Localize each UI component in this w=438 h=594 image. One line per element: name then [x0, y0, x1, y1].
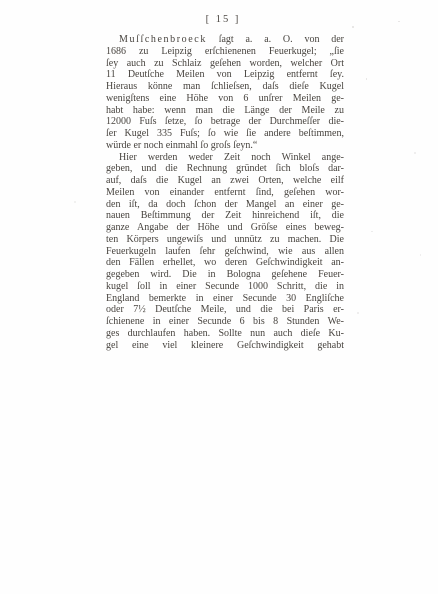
text-line: den Fällen erhellet, wo deren Geſchwindi… — [106, 257, 344, 269]
page-number: [ 15 ] — [104, 14, 342, 25]
text-line: gel eine viel kleinere Geſchwindigkeit g… — [106, 340, 344, 352]
text-line: ganze Angabe der Höhe und Gröſse eines b… — [106, 222, 344, 234]
text-line: wenigſtens eine Höhe von 6 unſrer Meilen… — [106, 93, 344, 105]
text-line: 12000 Fuſs ſetze, ſo betrage der Durchme… — [106, 116, 344, 128]
text-line: England bemerkte in einer Secunde 30 Eng… — [106, 293, 344, 305]
text-line: Hier werden weder Zeit noch Winkel ange- — [106, 152, 344, 164]
text-line: nauen Beſtimmung der Zeit hinreichend iſ… — [106, 210, 344, 222]
scan-speck — [366, 78, 367, 80]
text-line: ges durchlaufen haben. Sollte nun auch d… — [106, 328, 344, 340]
text-block: Muſſchenbroeck ſagt a. a. O. von der1686… — [106, 34, 344, 351]
text-line: würde er noch einmahl ſo groſs ſeyn.“ — [106, 140, 344, 152]
text-line: Meilen von einander entfernt ſind, geſeh… — [106, 187, 344, 199]
scan-speck — [352, 26, 354, 28]
text-line: oder 7½ Deutſche Meile, und die bei Pari… — [106, 304, 344, 316]
scan-speck — [398, 21, 400, 22]
text-line: den iſt, da doch ſchon der Mangel an ein… — [106, 199, 344, 211]
text-line: 11 Deutſche Meilen von Leipzig entfernt … — [106, 69, 344, 81]
text-line: Muſſchenbroeck ſagt a. a. O. von der — [106, 34, 344, 46]
text-line: Feuerkugeln laufen ſehr geſchwind, wie a… — [106, 246, 344, 258]
text-line: kugel ſoll in einer Secunde 1000 Schritt… — [106, 281, 344, 293]
text-line: 1686 zu Leipzig erſchienenen Feuerkugel;… — [106, 46, 344, 58]
scan-speck — [357, 312, 359, 314]
scan-speck — [414, 152, 416, 154]
text-line: ſey auch zu Schlaiz geſehen worden, welc… — [106, 58, 344, 70]
text-run: ſagt a. a. O. von der — [207, 34, 344, 45]
text-line: gegeben wird. Die in Bologna geſehene Fe… — [106, 269, 344, 281]
scan-speck — [74, 201, 76, 203]
letterspaced-name: Muſſchenbroeck — [119, 34, 207, 45]
scan-speck — [420, 254, 421, 256]
text-line: Hieraus könne man ſchlieſsen, daſs dieſe… — [106, 81, 344, 93]
text-line: habt habe: wenn man die Länge der Meile … — [106, 105, 344, 117]
text-line: ſchienene in einer Secunde 6 bis 8 Stund… — [106, 316, 344, 328]
text-line: ſer Kugel 335 Fuſs; ſo wie ſie andere be… — [106, 128, 344, 140]
text-line: geben, und die Rechnung gründet ſich blo… — [106, 163, 344, 175]
text-line: ten Körpers ungewiſs und unnütz zu mache… — [106, 234, 344, 246]
scan-speck — [371, 231, 373, 232]
text-line: auf, daſs die Kugel an zwei Orten, welch… — [106, 175, 344, 187]
book-page: [ 15 ] Muſſchenbroeck ſagt a. a. O. von … — [0, 0, 438, 594]
